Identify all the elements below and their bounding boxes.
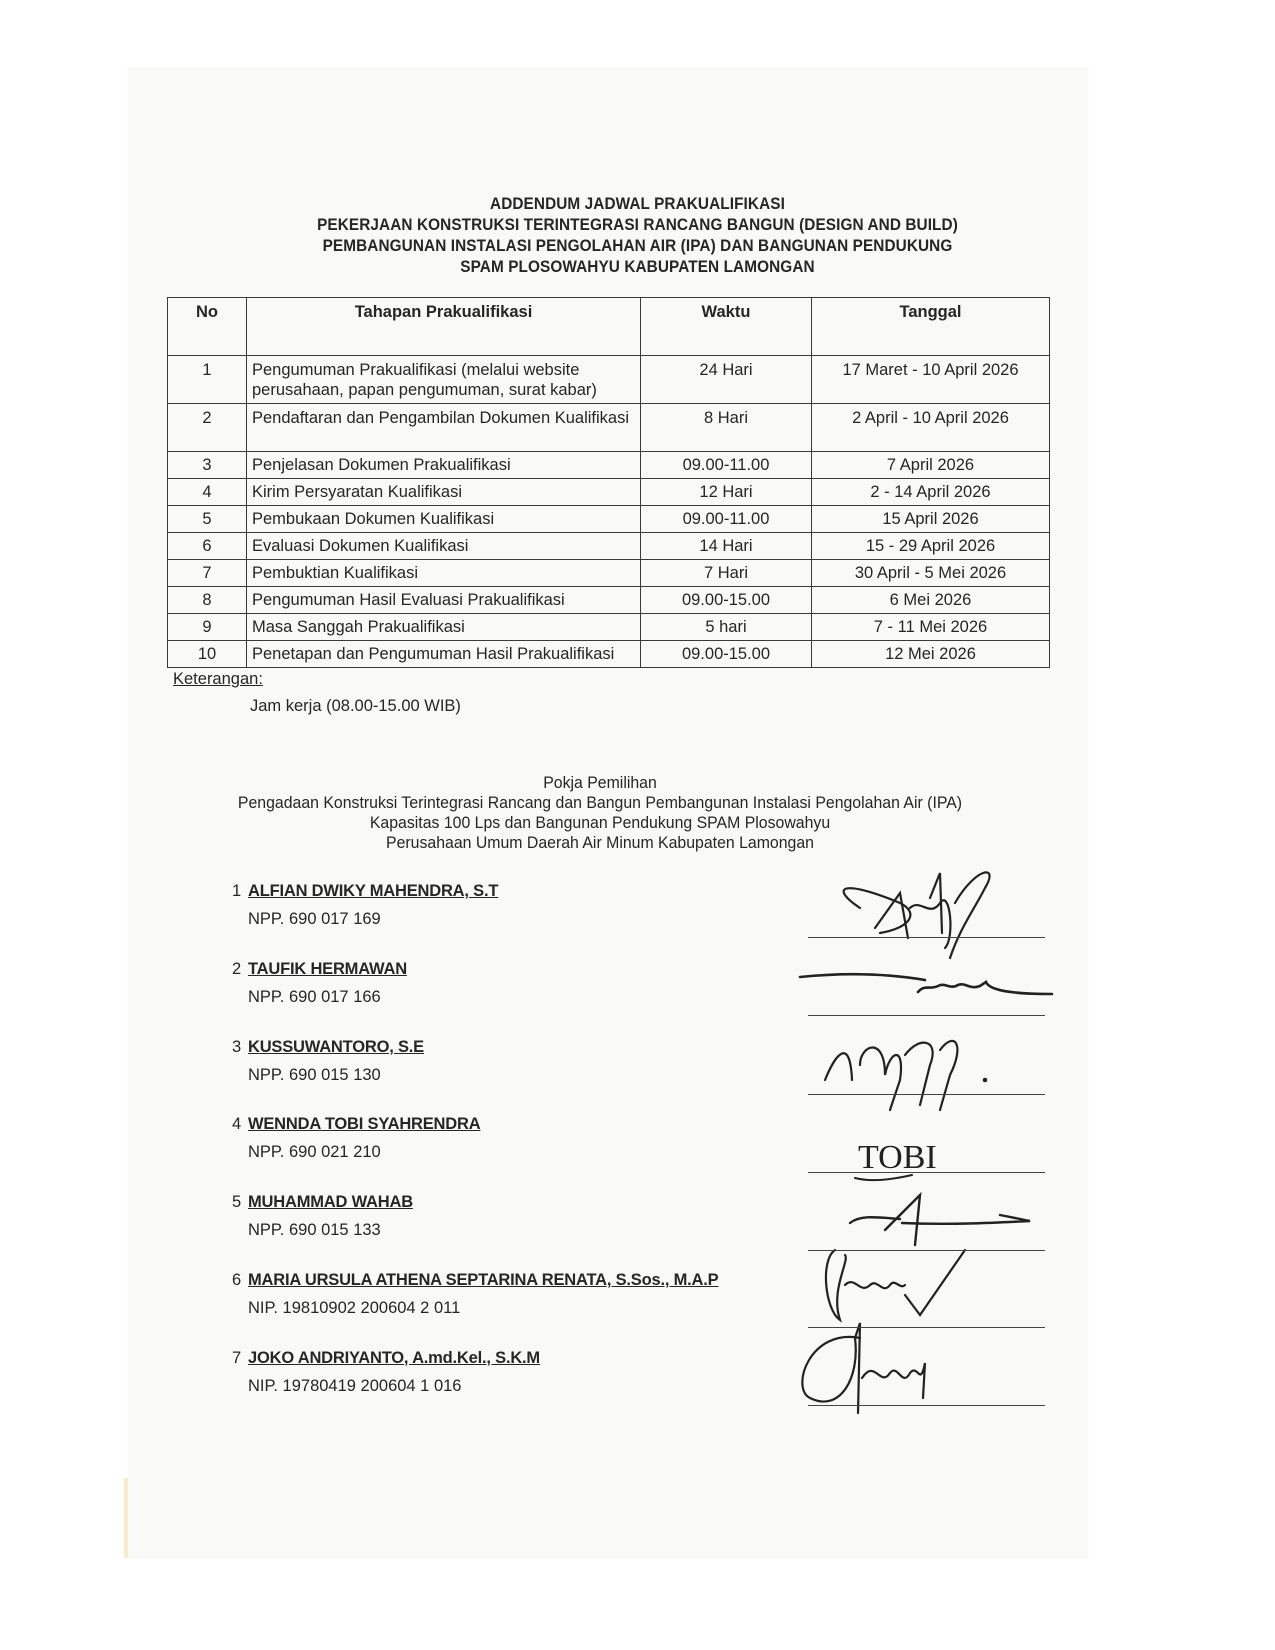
title-line: ADDENDUM JADWAL PRAKUALIFIKASI bbox=[45, 194, 1231, 215]
schedule-table: No Tahapan Prakualifikasi Waktu Tanggal … bbox=[167, 297, 1050, 668]
table-row: 7Pembuktian Kualifikasi7 Hari30 April - … bbox=[168, 560, 1050, 587]
signature-line-5 bbox=[808, 1250, 1045, 1251]
cell-waktu: 5 hari bbox=[641, 614, 812, 641]
title-line: PEMBANGUNAN INSTALASI PENGOLAHAN AIR (IP… bbox=[45, 236, 1231, 257]
signature-line-6 bbox=[808, 1327, 1045, 1328]
working-hours-note: Jam kerja (08.00-15.00 WIB) bbox=[250, 697, 461, 716]
member-name: WENNDA TOBI SYAHRENDRA bbox=[248, 1115, 480, 1133]
cell-no: 4 bbox=[168, 479, 247, 506]
member-number: 5 bbox=[232, 1193, 248, 1212]
table-row: 9Masa Sanggah Prakualifikasi5 hari7 - 11… bbox=[168, 614, 1050, 641]
cell-waktu: 09.00-11.00 bbox=[641, 452, 812, 479]
cell-stage: Pengumuman Hasil Evaluasi Prakualifikasi bbox=[247, 587, 641, 614]
cell-stage: Evaluasi Dokumen Kualifikasi bbox=[247, 533, 641, 560]
table-row: 1Pengumuman Prakualifikasi (melalui webs… bbox=[168, 356, 1050, 404]
cell-tanggal: 15 April 2026 bbox=[812, 506, 1050, 533]
committee-member: 6MARIA URSULA ATHENA SEPTARINA RENATA, S… bbox=[232, 1271, 718, 1318]
cell-stage: Pendaftaran dan Pengambilan Dokumen Kual… bbox=[247, 404, 641, 452]
committee-member: 4WENNDA TOBI SYAHRENDRANPP. 690 021 210 bbox=[232, 1115, 480, 1162]
signature-line-7 bbox=[808, 1405, 1045, 1406]
cell-tanggal: 7 - 11 Mei 2026 bbox=[812, 614, 1050, 641]
cell-no: 1 bbox=[168, 356, 247, 404]
header-tanggal: Tanggal bbox=[812, 298, 1050, 356]
table-row: 8Pengumuman Hasil Evaluasi Prakualifikas… bbox=[168, 587, 1050, 614]
cell-tanggal: 2 - 14 April 2026 bbox=[812, 479, 1050, 506]
cell-stage: Penjelasan Dokumen Prakualifikasi bbox=[247, 452, 641, 479]
cell-tanggal: 15 - 29 April 2026 bbox=[812, 533, 1050, 560]
table-row: 6Evaluasi Dokumen Kualifikasi14 Hari15 -… bbox=[168, 533, 1050, 560]
cell-stage: Pembuktian Kualifikasi bbox=[247, 560, 641, 587]
title-line: PEKERJAAN KONSTRUKSI TERINTEGRASI RANCAN… bbox=[45, 215, 1231, 236]
committee-line: Pengadaan Konstruksi Terintegrasi Rancan… bbox=[24, 793, 1176, 813]
member-name: ALFIAN DWIKY MAHENDRA, S.T bbox=[248, 882, 498, 900]
cell-stage: Masa Sanggah Prakualifikasi bbox=[247, 614, 641, 641]
committee-line: Kapasitas 100 Lps dan Bangunan Pendukung… bbox=[24, 813, 1176, 833]
member-name: TAUFIK HERMAWAN bbox=[248, 960, 407, 978]
committee-line: Perusahaan Umum Daerah Air Minum Kabupat… bbox=[24, 833, 1176, 853]
cell-no: 10 bbox=[168, 641, 247, 668]
cell-stage: Penetapan dan Pengumuman Hasil Prakualif… bbox=[247, 641, 641, 668]
table-header-row: No Tahapan Prakualifikasi Waktu Tanggal bbox=[168, 298, 1050, 356]
cell-no: 9 bbox=[168, 614, 247, 641]
cell-tanggal: 2 April - 10 April 2026 bbox=[812, 404, 1050, 452]
table-row: 2Pendaftaran dan Pengambilan Dokumen Kua… bbox=[168, 404, 1050, 452]
cell-waktu: 8 Hari bbox=[641, 404, 812, 452]
committee-member: 7JOKO ANDRIYANTO, A.md.Kel., S.K.MNIP. 1… bbox=[232, 1349, 540, 1396]
cell-tanggal: 30 April - 5 Mei 2026 bbox=[812, 560, 1050, 587]
committee-member: 1ALFIAN DWIKY MAHENDRA, S.TNPP. 690 017 … bbox=[232, 882, 498, 929]
title-line: SPAM PLOSOWAHYU KABUPATEN LAMONGAN bbox=[45, 257, 1231, 278]
signature-line-1 bbox=[808, 937, 1045, 938]
member-id: NIP. 19810902 200604 2 011 bbox=[248, 1299, 718, 1318]
signature-6 bbox=[790, 1240, 1050, 1330]
cell-no: 8 bbox=[168, 587, 247, 614]
committee-member: 5MUHAMMAD WAHABNPP. 690 015 133 bbox=[232, 1193, 413, 1240]
signature-line-3 bbox=[808, 1094, 1045, 1095]
member-id: NPP. 690 017 166 bbox=[248, 988, 407, 1007]
cell-no: 3 bbox=[168, 452, 247, 479]
signature-1 bbox=[790, 868, 1050, 958]
member-id: NPP. 690 015 133 bbox=[248, 1221, 413, 1240]
cell-waktu: 09.00-11.00 bbox=[641, 506, 812, 533]
table-row: 5Pembukaan Dokumen Kualifikasi09.00-11.0… bbox=[168, 506, 1050, 533]
member-id: NPP. 690 017 169 bbox=[248, 910, 498, 929]
signature-line-2 bbox=[808, 1015, 1045, 1016]
member-number: 4 bbox=[232, 1115, 248, 1134]
svg-text:TOBI: TOBI bbox=[858, 1139, 937, 1176]
cell-no: 5 bbox=[168, 506, 247, 533]
document-title: ADDENDUM JADWAL PRAKUALIFIKASI PEKERJAAN… bbox=[0, 194, 1275, 278]
cell-stage: Pengumuman Prakualifikasi (melalui websi… bbox=[247, 356, 641, 404]
cell-tanggal: 7 April 2026 bbox=[812, 452, 1050, 479]
header-stage: Tahapan Prakualifikasi bbox=[247, 298, 641, 356]
cell-tanggal: 6 Mei 2026 bbox=[812, 587, 1050, 614]
cell-stage: Kirim Persyaratan Kualifikasi bbox=[247, 479, 641, 506]
member-number: 2 bbox=[232, 960, 248, 979]
cell-stage: Pembukaan Dokumen Kualifikasi bbox=[247, 506, 641, 533]
committee-member: 3KUSSUWANTORO, S.ENPP. 690 015 130 bbox=[232, 1038, 424, 1085]
signature-3 bbox=[790, 1025, 1050, 1115]
header-waktu: Waktu bbox=[641, 298, 812, 356]
signature-7 bbox=[790, 1318, 1050, 1408]
member-name: MARIA URSULA ATHENA SEPTARINA RENATA, S.… bbox=[248, 1271, 718, 1289]
table-row: 4Kirim Persyaratan Kualifikasi12 Hari2 -… bbox=[168, 479, 1050, 506]
notes-label: Keterangan: bbox=[173, 670, 263, 689]
committee-heading: Pokja Pemilihan Pengadaan Konstruksi Ter… bbox=[0, 773, 1200, 853]
cell-waktu: 09.00-15.00 bbox=[641, 587, 812, 614]
cell-waktu: 12 Hari bbox=[641, 479, 812, 506]
member-name: JOKO ANDRIYANTO, A.md.Kel., S.K.M bbox=[248, 1349, 540, 1367]
member-name: MUHAMMAD WAHAB bbox=[248, 1193, 413, 1211]
member-number: 7 bbox=[232, 1349, 248, 1368]
member-name: KUSSUWANTORO, S.E bbox=[248, 1038, 424, 1056]
member-number: 6 bbox=[232, 1271, 248, 1290]
cell-no: 7 bbox=[168, 560, 247, 587]
signature-line-4 bbox=[808, 1172, 1045, 1173]
table-row: 3Penjelasan Dokumen Prakualifikasi09.00-… bbox=[168, 452, 1050, 479]
table-row: 10Penetapan dan Pengumuman Hasil Prakual… bbox=[168, 641, 1050, 668]
member-id: NIP. 19780419 200604 1 016 bbox=[248, 1377, 540, 1396]
committee-line: Pokja Pemilihan bbox=[24, 773, 1176, 793]
member-number: 1 bbox=[232, 882, 248, 901]
cell-waktu: 7 Hari bbox=[641, 560, 812, 587]
cell-no: 6 bbox=[168, 533, 247, 560]
cell-waktu: 09.00-15.00 bbox=[641, 641, 812, 668]
member-id: NPP. 690 015 130 bbox=[248, 1066, 424, 1085]
header-no: No bbox=[168, 298, 247, 356]
cell-no: 2 bbox=[168, 404, 247, 452]
member-number: 3 bbox=[232, 1038, 248, 1057]
cell-tanggal: 12 Mei 2026 bbox=[812, 641, 1050, 668]
cell-waktu: 24 Hari bbox=[641, 356, 812, 404]
member-id: NPP. 690 021 210 bbox=[248, 1143, 480, 1162]
cell-tanggal: 17 Maret - 10 April 2026 bbox=[812, 356, 1050, 404]
committee-member: 2TAUFIK HERMAWANNPP. 690 017 166 bbox=[232, 960, 407, 1007]
cell-waktu: 14 Hari bbox=[641, 533, 812, 560]
